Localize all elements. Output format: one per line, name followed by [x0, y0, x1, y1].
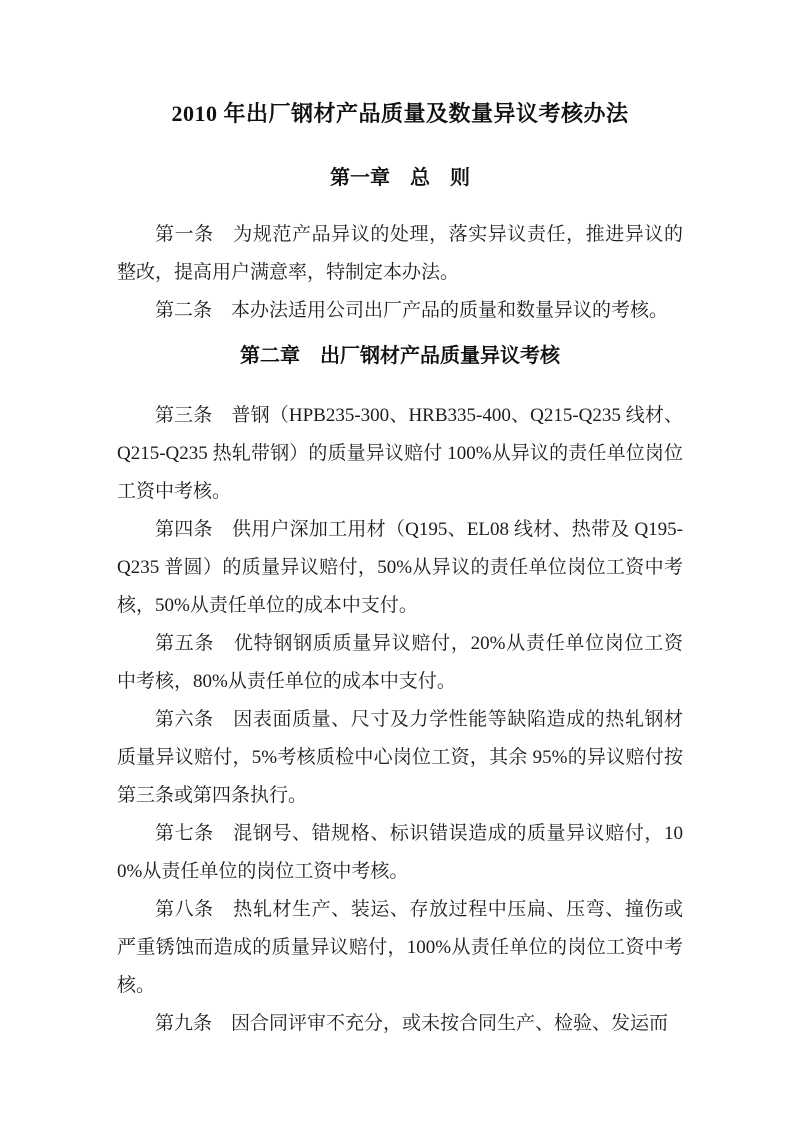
chapter-2-heading: 第二章 出厂钢材产品质量异议考核: [117, 344, 683, 368]
article-4-paragraph: 第四条 供用户深加工用材（Q195、EL08 线材、热带及 Q195-Q235 …: [117, 511, 683, 625]
article-1-paragraph: 第一条 为规范产品异议的处理，落实异议责任，推进异议的整改，提高用户满意率，特制…: [117, 216, 683, 292]
document-page: 2010 年出厂钢材产品质量及数量异议考核办法 第一章 总 则 第一条 为规范产…: [0, 0, 800, 1132]
article-2-paragraph: 第二条 本办法适用公司出厂产品的质量和数量异议的考核。: [117, 292, 683, 330]
article-3-paragraph: 第三条 普钢（HPB235-300、HRB335-400、Q215-Q235 线…: [117, 397, 683, 511]
article-5-paragraph: 第五条 优特钢钢质质量异议赔付，20%从责任单位岗位工资中考核，80%从责任单位…: [117, 625, 683, 701]
article-6-paragraph: 第六条 因表面质量、尺寸及力学性能等缺陷造成的热轧钢材质量异议赔付，5%考核质检…: [117, 701, 683, 815]
article-7-paragraph: 第七条 混钢号、错规格、标识错误造成的质量异议赔付，100%从责任单位的岗位工资…: [117, 815, 683, 891]
document-title: 2010 年出厂钢材产品质量及数量异议考核办法: [117, 98, 683, 130]
article-8-paragraph: 第八条 热轧材生产、装运、存放过程中压扁、压弯、撞伤或严重锈蚀而造成的质量异议赔…: [117, 891, 683, 1005]
chapter-1-heading: 第一章 总 则: [117, 166, 683, 190]
article-9-paragraph: 第九条 因合同评审不充分，或未按合同生产、检验、发运而: [117, 1005, 683, 1043]
